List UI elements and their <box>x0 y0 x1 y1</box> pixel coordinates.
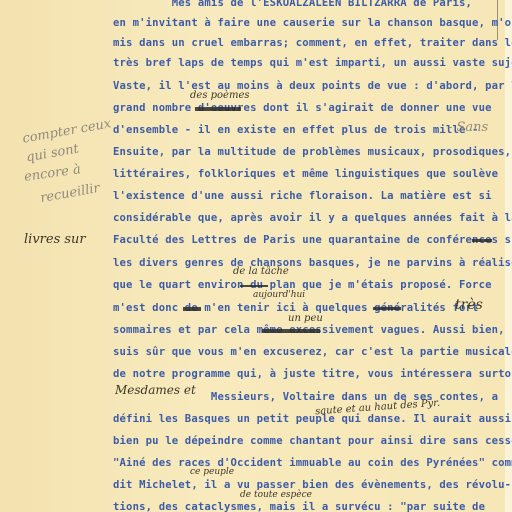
annotation-de-toute-espece: de toute espèce <box>240 490 312 500</box>
annotation-mesdames-et: Mesdames et <box>115 383 196 397</box>
typed-line-9: littéraires, folkloriques et même lingui… <box>113 168 498 180</box>
typed-line-20: défini les Basques un petit peuple qui d… <box>113 413 511 425</box>
typed-line-3: mis dans un cruel embarras; comment, en … <box>113 37 512 49</box>
strike-fort <box>373 307 401 310</box>
typed-line-13: les divers genres de chansons basques, j… <box>113 257 512 269</box>
strike-plan <box>240 285 268 287</box>
annotation-un-peu: un peu <box>288 313 323 324</box>
strike-excessivement <box>262 329 320 333</box>
typed-line-18: de notre programme qui, à juste titre, v… <box>113 368 512 380</box>
typed-line-6: grand nombre d'oeuvres dont il s'agirait… <box>113 102 492 114</box>
strike-ici <box>183 307 201 311</box>
typed-line-22: "Ainé des races d'Occident immuable au c… <box>113 457 512 469</box>
strike-sur <box>472 239 492 242</box>
typed-line-17: suis sûr que vous m'en excuserez, car c'… <box>113 346 512 358</box>
typed-line-21: bien pu le dépeindre comme chantant pour… <box>113 435 512 447</box>
typed-line-23: dit Michelet, il a vu passer bien des év… <box>113 479 511 491</box>
strike-oeuvres <box>195 107 241 111</box>
annotation-sans: - Sans <box>448 120 488 135</box>
typed-line-4: très bref laps de temps qui m'est impart… <box>113 57 512 69</box>
annotation-de-la-tache: de la tâche <box>233 266 289 277</box>
annotation-des-poemes: des poèmes <box>190 90 250 101</box>
annotation-tres: très <box>455 297 483 313</box>
annotation-livres-sur: livres sur <box>24 232 86 247</box>
typed-line-11: considérable que, après avoir il y a que… <box>113 212 512 224</box>
typed-line-24: tions, des cataclysmes, mais il a survéc… <box>113 501 485 512</box>
annotation-aujourdhui: aujourd'hui <box>253 290 305 300</box>
typed-line-10: l'existence d'une aussi riche floraison.… <box>113 190 492 202</box>
typed-line-12: Faculté des Lettres de Paris une quarant… <box>113 234 512 246</box>
annotation-ce-peuple: ce peuple <box>190 467 234 477</box>
typed-line-7: d'ensemble - il en existe en effet plus … <box>113 124 479 136</box>
typed-line-8: Ensuite, par la multitude de problèmes m… <box>113 146 511 158</box>
typed-line-5: Vaste, il l'est au moins à deux points d… <box>113 80 512 92</box>
typed-line-2: en m'invitant à faire une causerie sur l… <box>113 17 512 29</box>
typed-line-1: Mes amis de l'ESKUALZALEEN BILTZARRA de … <box>113 0 472 9</box>
